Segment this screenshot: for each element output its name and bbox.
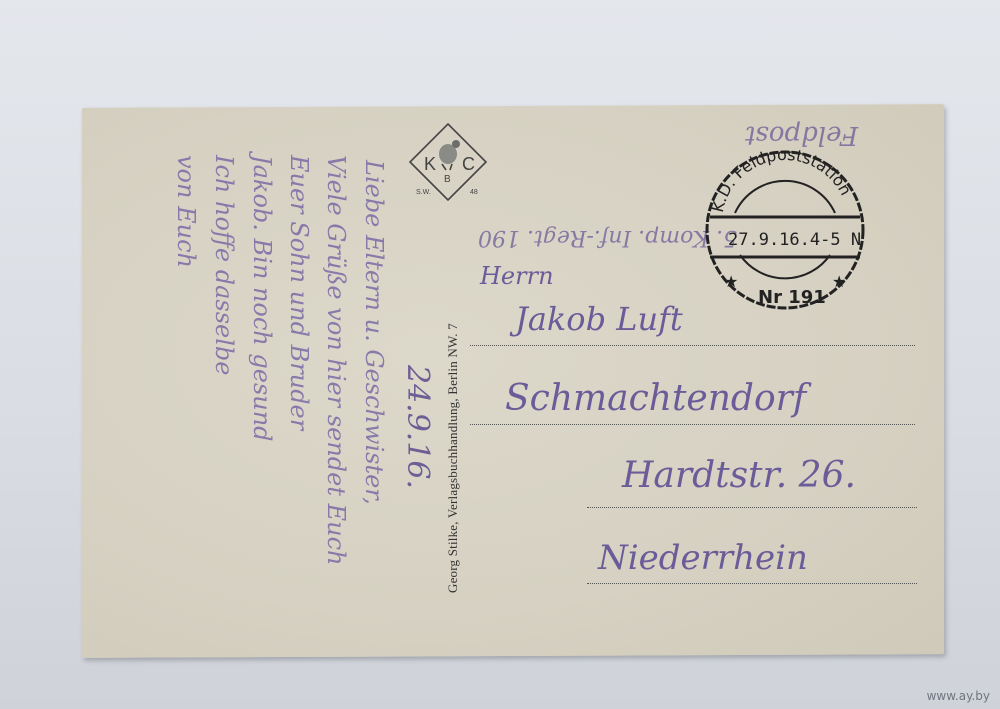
message-line: von Euch bbox=[172, 155, 200, 268]
message-line: Ich hoffe dasselbe bbox=[210, 155, 238, 376]
address-region: Niederrhein bbox=[598, 538, 808, 578]
logo-letter-right: C bbox=[462, 154, 475, 174]
postmark-number: Nr 191 bbox=[758, 287, 826, 308]
message-area: 24.9.16. Liebe Eltern u. Geschwister, Vi… bbox=[170, 165, 430, 595]
address-town: Schmachtendorf bbox=[505, 378, 806, 419]
message-date: 24.9.16. bbox=[400, 365, 435, 489]
sender-header-unit: 5. Komp. Inf.-Regt. 190 bbox=[478, 225, 737, 250]
address-salutation: Herrn bbox=[480, 262, 554, 290]
address-street: Hardtstr. 26. bbox=[622, 455, 856, 496]
address-name: Jakob Luft bbox=[515, 300, 683, 338]
message-line: Euer Sohn und Bruder bbox=[285, 155, 313, 430]
address-line-3 bbox=[587, 507, 917, 508]
postmark-date: 27.9.16.4-5 N bbox=[728, 230, 861, 250]
star-icon: ★ bbox=[832, 274, 846, 291]
message-line: Viele Grüße von hier sendet Euch bbox=[322, 155, 350, 565]
address-line-1 bbox=[470, 345, 915, 346]
postmark-top-text: K.D. Feldpoststation bbox=[708, 145, 856, 214]
message-line: Liebe Eltern u. Geschwister, bbox=[360, 160, 388, 505]
message-line: Jakob. Bin noch gesund bbox=[248, 155, 276, 442]
postmark-stamp: K.D. Feldpoststation 27.9.16.4-5 N Nr 19… bbox=[700, 135, 870, 315]
publisher-imprint-text: Georg Stilke, Verlagsbuchhandlung, Berli… bbox=[445, 293, 461, 593]
logo-corner-right: 48 bbox=[470, 189, 478, 196]
address-line-2 bbox=[470, 424, 915, 425]
logo-letter-bottom: B bbox=[444, 174, 451, 185]
star-icon: ★ bbox=[724, 274, 738, 291]
address-line-4 bbox=[587, 583, 917, 584]
publisher-imprint: Georg Stilke, Verlagsbuchhandlung, Berli… bbox=[443, 300, 463, 590]
watermark: www.ay.by bbox=[927, 689, 990, 703]
rooster-icon bbox=[439, 140, 460, 170]
